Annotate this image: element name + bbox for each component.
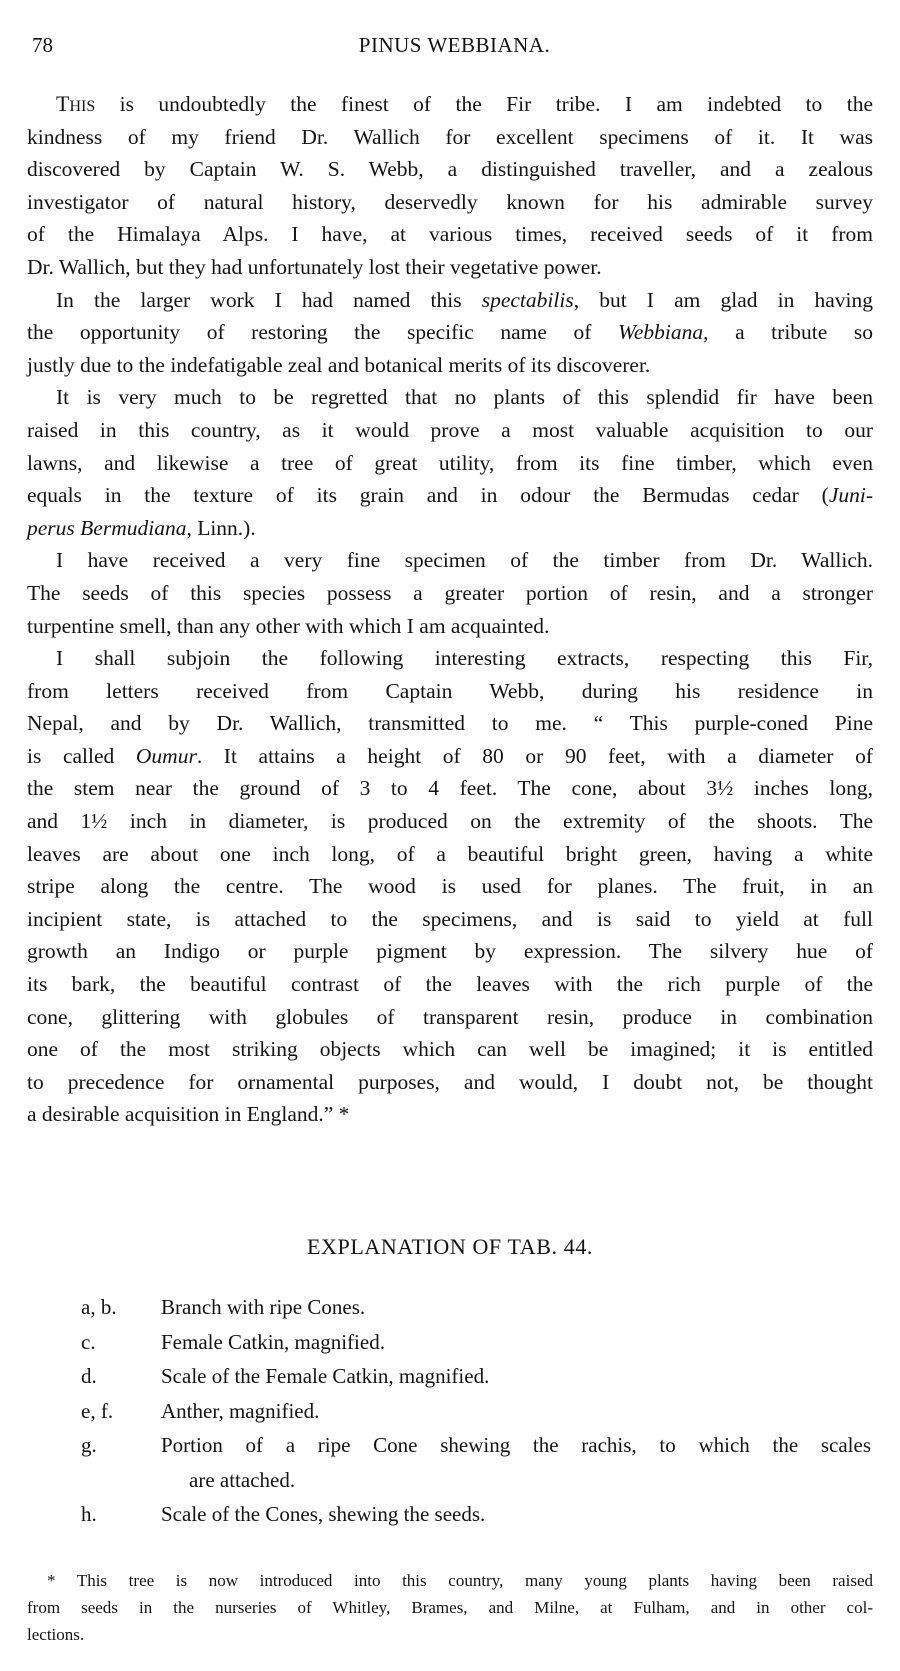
paragraph-5-line: incipient state, is attached to the spec… <box>27 903 873 936</box>
footnote: * This tree is now introduced into this … <box>27 1567 873 1648</box>
paragraph-5-line: and 1½ inch in diameter, is produced on … <box>27 805 873 838</box>
paragraph-5-line: cone, glittering with globules of transp… <box>27 1001 873 1034</box>
figure-key: a, b. <box>81 1290 161 1325</box>
paragraph-3-line: perus Bermudiana, Linn.). <box>27 512 873 545</box>
paragraph-4-line: The seeds of this species possess a grea… <box>27 577 873 610</box>
paragraph-5-line: is called Oumur. It attains a height of … <box>27 740 873 773</box>
figure-key: g. <box>81 1428 161 1463</box>
italic-term: Oumur <box>136 744 197 768</box>
paragraph-4-line: I have received a very fine specimen of … <box>27 544 873 577</box>
paragraph-2-line: In the larger work I had named this spec… <box>27 284 873 317</box>
drop-smallcaps-first: T <box>56 91 69 116</box>
paragraph-1-line: kindness of my friend Dr. Wallich for ex… <box>27 121 873 154</box>
body-text: THIS is undoubtedly the finest of the Fi… <box>27 88 873 1131</box>
explanation-list: a, b. Branch with ripe Cones. c. Female … <box>81 1290 871 1532</box>
paragraph-5-line: the stem near the ground of 3 to 4 feet.… <box>27 772 873 805</box>
figure-description: Anther, magnified. <box>161 1394 871 1429</box>
figure-description: Female Catkin, magnified. <box>161 1325 871 1360</box>
figure-description-continuation: are attached. <box>81 1463 871 1498</box>
footnote-line: lections. <box>27 1621 873 1648</box>
running-head: 78 PINUS WEBBIANA. <box>32 33 877 63</box>
smallcaps-rest: HIS <box>69 98 95 115</box>
paragraph-5-line: leaves are about one inch long, of a bea… <box>27 838 873 871</box>
italic-term: Webbiana <box>618 320 703 344</box>
figure-description: Scale of the Female Catkin, magnified. <box>161 1359 871 1394</box>
paragraph-3-line: lawns, and likewise a tree of great util… <box>27 447 873 480</box>
figure-key: c. <box>81 1325 161 1360</box>
paragraph-2-line: the opportunity of restoring the specifi… <box>27 316 873 349</box>
book-page: 78 PINUS WEBBIANA. THIS is undoubtedly t… <box>0 0 900 1671</box>
paragraph-5-line: its bark, the beautiful contrast of the … <box>27 968 873 1001</box>
paragraph-5-line: growth an Indigo or purple pigment by ex… <box>27 935 873 968</box>
explanation-item: e, f. Anther, magnified. <box>81 1394 871 1429</box>
explanation-item: h. Scale of the Cones, shewing the seeds… <box>81 1497 871 1532</box>
paragraph-5-line: to precedence for ornamental purposes, a… <box>27 1066 873 1099</box>
figure-description: Branch with ripe Cones. <box>161 1290 871 1325</box>
explanation-item: c. Female Catkin, magnified. <box>81 1325 871 1360</box>
paragraph-5-line: one of the most striking objects which c… <box>27 1033 873 1066</box>
paragraph-5-line: I shall subjoin the following interestin… <box>27 642 873 675</box>
running-title: PINUS WEBBIANA. <box>32 33 877 58</box>
explanation-heading: EXPLANATION OF TAB. 44. <box>0 1234 900 1260</box>
paragraph-3-line: raised in this country, as it would prov… <box>27 414 873 447</box>
paragraph-1-line: Dr. Wallich, but they had unfortunately … <box>27 251 873 284</box>
paragraph-1-line: of the Himalaya Alps. I have, at various… <box>27 218 873 251</box>
paragraph-5-line: Nepal, and by Dr. Wallich, transmitted t… <box>27 707 873 740</box>
italic-term: perus Bermudiana <box>27 516 186 540</box>
paragraph-1-line: discovered by Captain W. S. Webb, a dist… <box>27 153 873 186</box>
paragraph-5-line: stripe along the centre. The wood is use… <box>27 870 873 903</box>
paragraph-3-line: equals in the texture of its grain and i… <box>27 479 873 512</box>
figure-key: h. <box>81 1497 161 1532</box>
explanation-item: g. Portion of a ripe Cone shewing the ra… <box>81 1428 871 1463</box>
paragraph-1-line: THIS is undoubtedly the finest of the Fi… <box>27 88 873 121</box>
paragraph-5-line: from letters received from Captain Webb,… <box>27 675 873 708</box>
paragraph-2-line: justly due to the indefatigable zeal and… <box>27 349 873 382</box>
figure-key: e, f. <box>81 1394 161 1429</box>
italic-term: Juni- <box>829 483 873 507</box>
explanation-item: d. Scale of the Female Catkin, magnified… <box>81 1359 871 1394</box>
figure-key: d. <box>81 1359 161 1394</box>
figure-description: Scale of the Cones, shewing the seeds. <box>161 1497 871 1532</box>
paragraph-4-line: turpentine smell, than any other with wh… <box>27 610 873 643</box>
italic-term: spectabilis <box>482 288 574 312</box>
footnote-line: from seeds in the nurseries of Whitley, … <box>27 1594 873 1621</box>
figure-description: Portion of a ripe Cone shewing the rachi… <box>161 1428 871 1463</box>
paragraph-1-line: investigator of natural history, deserve… <box>27 186 873 219</box>
footnote-line: * This tree is now introduced into this … <box>27 1567 873 1594</box>
paragraph-3-line: It is very much to be regretted that no … <box>27 381 873 414</box>
paragraph-5-line: a desirable acquisition in England.” * <box>27 1098 873 1131</box>
explanation-item: a, b. Branch with ripe Cones. <box>81 1290 871 1325</box>
